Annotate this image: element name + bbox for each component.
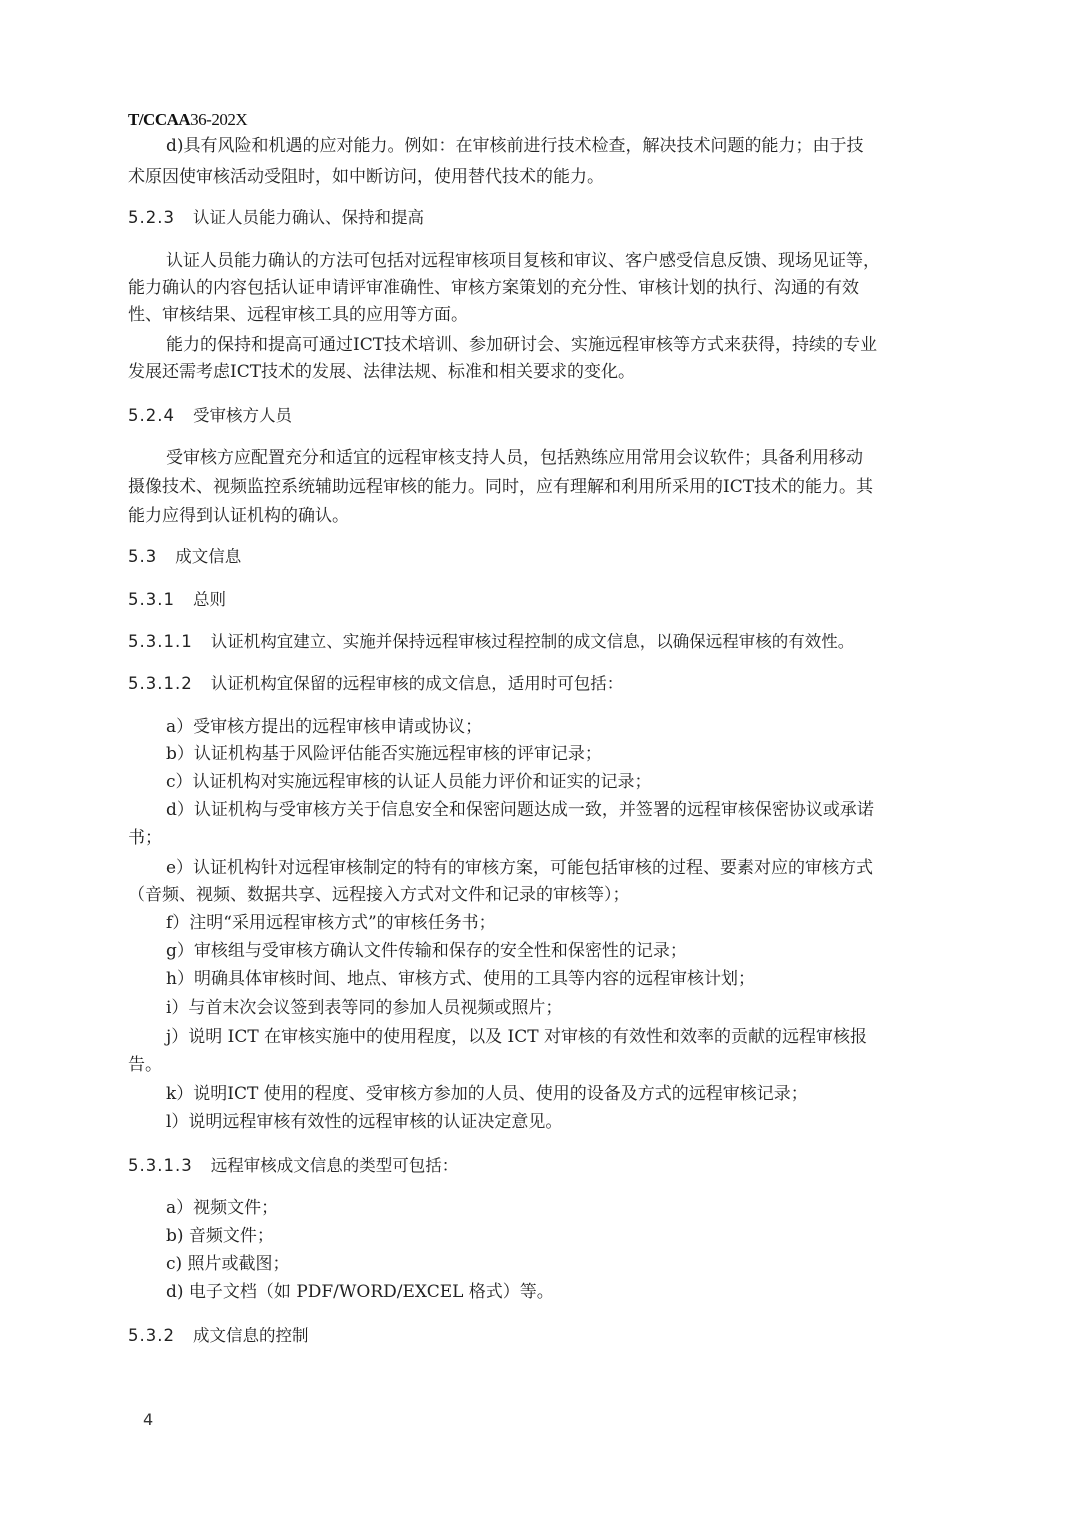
clause-text: 远程审核成文信息的类型可包括： bbox=[211, 1156, 459, 1175]
list-item-l: l）说明远程审核有效性的远程审核的认证决定意见。 bbox=[166, 1111, 991, 1133]
section-heading-5-3-2: 5.3.2成文信息的控制 bbox=[128, 1325, 953, 1347]
section-title: 成文信息 bbox=[175, 547, 241, 566]
paragraph-line: 能力确认的内容包括认证申请评审准确性、审核方案策划的充分性、审核计划的执行、沟通… bbox=[128, 277, 953, 299]
list-item-g: g）审核组与受审核方确认文件传输和保存的安全性和保密性的记录； bbox=[166, 940, 991, 962]
page-number: 4 bbox=[143, 1410, 153, 1429]
clause-number: 5.3.1.2 bbox=[128, 673, 193, 695]
doc-id-number: 36-202X bbox=[190, 110, 247, 129]
paragraph-line: 认证人员能力确认的方法可包括对远程审核项目复核和审议、客户感受信息反馈、现场见证… bbox=[166, 250, 991, 272]
clause-number: 5.3.1.1 bbox=[128, 631, 193, 653]
section-heading-5-2-3: 5.2.3认证人员能力确认、保持和提高 bbox=[128, 207, 953, 229]
type-item-b: b) 音频文件； bbox=[166, 1225, 991, 1247]
type-item-a: a）视频文件； bbox=[166, 1197, 991, 1219]
document-page: T/CCAA36-202X d)具有风险和机遇的应对能力。例如：在审核前进行技术… bbox=[0, 0, 1080, 1527]
section-number: 5.3.2 bbox=[128, 1325, 175, 1347]
section-title: 受审核方人员 bbox=[193, 406, 292, 425]
clause-5-3-1-1: 5.3.1.1认证机构宜建立、实施并保持远程审核过程控制的成文信息，以确保远程审… bbox=[128, 631, 953, 653]
section-title: 成文信息的控制 bbox=[193, 1326, 309, 1345]
clause-number: 5.3.1.3 bbox=[128, 1155, 193, 1177]
list-item-i: i）与首末次会议签到表等同的参加人员视频或照片； bbox=[166, 997, 991, 1019]
list-item-b: b）认证机构基于风险评估能否实施远程审核的评审记录； bbox=[166, 743, 991, 765]
paragraph-line: 能力的保持和提高可通过ICT技术培训、参加研讨会、实施远程审核等方式来获得，持续… bbox=[166, 334, 991, 356]
section-number: 5.2.4 bbox=[128, 405, 175, 427]
list-item-j: j）说明 ICT 在审核实施中的使用程度，以及 ICT 对审核的有效性和效率的贡… bbox=[166, 1026, 991, 1048]
paragraph-line: 能力应得到认证机构的确认。 bbox=[128, 505, 953, 527]
document-identifier: T/CCAA36-202X bbox=[128, 110, 247, 130]
paragraph-line: 受审核方应配置充分和适宜的远程审核支持人员，包括熟练应用常用会议软件；具备利用移… bbox=[166, 447, 991, 469]
clause-text: 认证机构宜建立、实施并保持远程审核过程控制的成文信息，以确保远程审核的有效性。 bbox=[211, 632, 855, 651]
list-item-j-cont: 告。 bbox=[128, 1054, 953, 1076]
section-title: 认证人员能力确认、保持和提高 bbox=[193, 208, 424, 227]
type-item-d: d) 电子文档（如 PDF/WORD/EXCEL 格式）等。 bbox=[166, 1281, 991, 1303]
paragraph-line: 摄像技术、视频监控系统辅助远程审核的能力。同时，应有理解和利用所采用的ICT技术… bbox=[128, 476, 953, 498]
section-number: 5.3 bbox=[128, 546, 157, 568]
section-number: 5.3.1 bbox=[128, 589, 175, 611]
list-item-e-cont: （音频、视频、数据共享、远程接入方式对文件和记录的审核等）； bbox=[128, 884, 953, 906]
list-item-e: e）认证机构针对远程审核制定的特有的审核方案，可能包括审核的过程、要素对应的审核… bbox=[166, 857, 991, 879]
section-heading-5-2-4: 5.2.4受审核方人员 bbox=[128, 405, 953, 427]
paragraph-line: 术原因使审核活动受阻时，如中断访问，使用替代技术的能力。 bbox=[128, 166, 953, 188]
paragraph-line: 发展还需考虑ICT技术的发展、法律法规、标准和相关要求的变化。 bbox=[128, 361, 953, 383]
list-item-h: h）明确具体审核时间、地点、审核方式、使用的工具等内容的远程审核计划； bbox=[166, 968, 991, 990]
clause-5-3-1-3: 5.3.1.3远程审核成文信息的类型可包括： bbox=[128, 1155, 953, 1177]
list-item-d-cont: 书； bbox=[128, 827, 953, 849]
section-title: 总则 bbox=[193, 590, 226, 609]
section-number: 5.2.3 bbox=[128, 207, 175, 229]
list-item-f: f）注明“采用远程审核方式”的审核任务书； bbox=[166, 912, 991, 934]
list-item-c: c）认证机构对实施远程审核的认证人员能力评价和证实的记录； bbox=[166, 771, 991, 793]
paragraph-line: d)具有风险和机遇的应对能力。例如：在审核前进行技术检查，解决技术问题的能力；由… bbox=[166, 135, 991, 157]
section-heading-5-3: 5.3成文信息 bbox=[128, 546, 953, 568]
paragraph-line: 性、审核结果、远程审核工具的应用等方面。 bbox=[128, 304, 953, 326]
doc-id-prefix: T/CCAA bbox=[128, 110, 190, 129]
list-item-a: a）受审核方提出的远程审核申请或协议； bbox=[166, 716, 991, 738]
list-item-d: d）认证机构与受审核方关于信息安全和保密问题达成一致，并签署的远程审核保密协议或… bbox=[166, 799, 991, 821]
clause-text: 认证机构宜保留的远程审核的成文信息，适用时可包括： bbox=[211, 674, 624, 693]
list-item-k: k）说明ICT 使用的程度、受审核方参加的人员、使用的设备及方式的远程审核记录； bbox=[166, 1083, 991, 1105]
clause-5-3-1-2: 5.3.1.2认证机构宜保留的远程审核的成文信息，适用时可包括： bbox=[128, 673, 953, 695]
type-item-c: c) 照片或截图； bbox=[166, 1253, 991, 1275]
section-heading-5-3-1: 5.3.1总则 bbox=[128, 589, 953, 611]
